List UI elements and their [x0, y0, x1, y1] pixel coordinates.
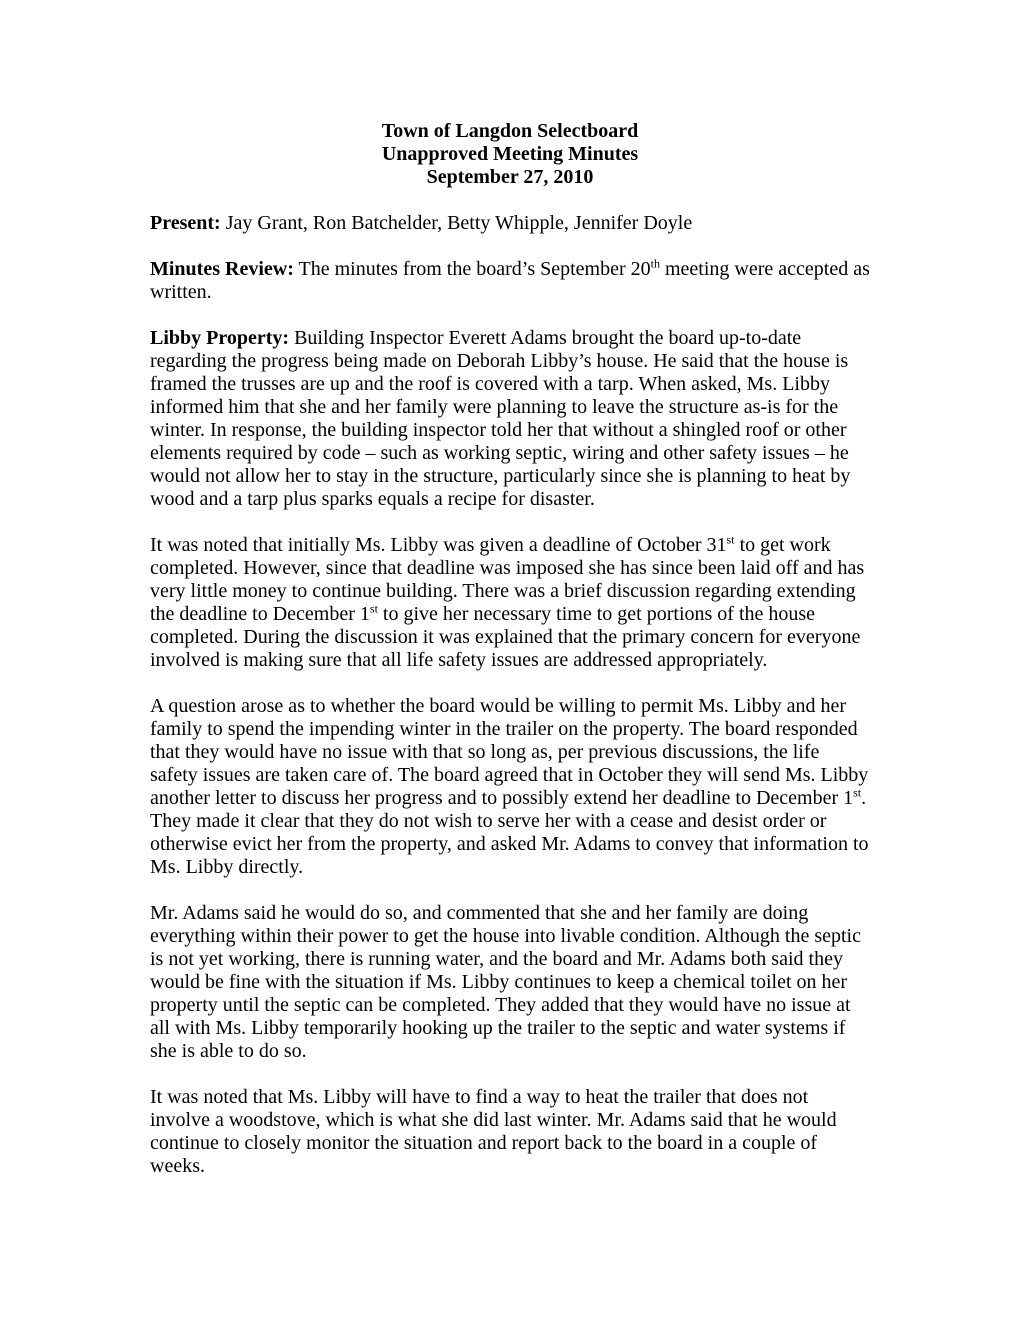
- document-page: Town of Langdon Selectboard Unapproved M…: [0, 0, 1020, 1320]
- minutes-review-text-1: The minutes from the board’s September 2…: [294, 258, 651, 280]
- ordinal-superscript: st: [853, 785, 861, 799]
- ordinal-superscript: st: [727, 532, 735, 546]
- libby-property-text: Building Inspector Everett Adams brought…: [150, 327, 850, 510]
- title-line-doc-type: Unapproved Meeting Minutes: [150, 143, 870, 166]
- present-label: Present:: [150, 212, 221, 234]
- paragraph-libby-property: Libby Property: Building Inspector Evere…: [150, 327, 870, 511]
- present-text: Jay Grant, Ron Batchelder, Betty Whipple…: [221, 212, 692, 234]
- title-line-date: September 27, 2010: [150, 166, 870, 189]
- paragraph-trailer-question: A question arose as to whether the board…: [150, 695, 870, 879]
- ordinal-superscript: st: [370, 601, 378, 615]
- trailer-heat-text: It was noted that Ms. Libby will have to…: [150, 1086, 837, 1177]
- deadline-text-1: It was noted that initially Ms. Libby wa…: [150, 534, 727, 556]
- document-title: Town of Langdon Selectboard Unapproved M…: [150, 120, 870, 189]
- libby-property-label: Libby Property:: [150, 327, 289, 349]
- paragraph-deadline-discussion: It was noted that initially Ms. Libby wa…: [150, 534, 870, 672]
- paragraph-adams-update: Mr. Adams said he would do so, and comme…: [150, 902, 870, 1063]
- paragraph-trailer-heat: It was noted that Ms. Libby will have to…: [150, 1086, 870, 1178]
- title-line-org: Town of Langdon Selectboard: [150, 120, 870, 143]
- ordinal-superscript: th: [651, 256, 660, 270]
- trailer-question-text-1: A question arose as to whether the board…: [150, 695, 868, 809]
- paragraph-minutes-review: Minutes Review: The minutes from the boa…: [150, 258, 870, 304]
- adams-update-text: Mr. Adams said he would do so, and comme…: [150, 902, 861, 1062]
- paragraph-present: Present: Jay Grant, Ron Batchelder, Bett…: [150, 212, 870, 235]
- minutes-review-label: Minutes Review:: [150, 258, 294, 280]
